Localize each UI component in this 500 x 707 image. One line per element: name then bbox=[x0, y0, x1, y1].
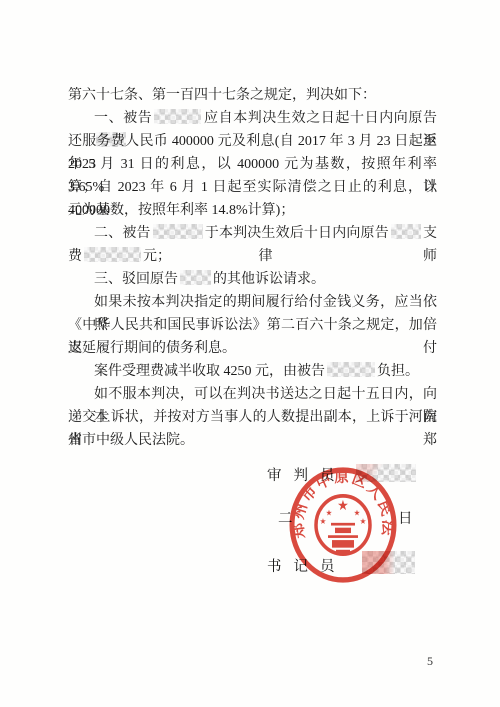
body-line: 如不服本判决，可以在判决书送达之日起十五日内，向本院 bbox=[68, 383, 437, 406]
body-text: 第六十七条、第一百四十七条之规定，判决如下： bbox=[68, 88, 376, 103]
svg-text:★: ★ bbox=[320, 517, 327, 526]
svg-text:★: ★ bbox=[326, 508, 333, 517]
redaction-mosaic bbox=[327, 362, 375, 377]
redaction-mosaic bbox=[84, 247, 141, 262]
body-text: 元； bbox=[143, 249, 171, 264]
body-line: 二、被告于本判决生效后十日内向原告支付律师 bbox=[68, 222, 437, 245]
body-text: 于本判决生效后十日内向原告 bbox=[205, 226, 389, 241]
page-number: 5 bbox=[427, 654, 433, 669]
body-line: 如果未按本判决指定的期间履行给付金钱义务，应当依照 bbox=[68, 291, 437, 314]
body-line: 算；自 2023 年 6 月 1 日起至实际清偿之日止的利息，以 400000 bbox=[68, 176, 437, 199]
body-text: 应自本判决生效之日起十日内向原告 bbox=[203, 111, 437, 126]
redaction-mosaic bbox=[391, 224, 421, 239]
document-body: 第六十七条、第一百四十七条之规定，判决如下：一、被告应自本判决生效之日起十日内向… bbox=[68, 84, 437, 452]
body-line: 三、驳回原告的其他诉讼请求。 bbox=[68, 268, 437, 291]
body-text: 案件受理费减半收取 4250 元，由被告 bbox=[94, 364, 325, 379]
judgment-page: 第六十七条、第一百四十七条之规定，判决如下：一、被告应自本判决生效之日起十日内向… bbox=[0, 0, 500, 707]
body-text: 费 bbox=[68, 249, 82, 264]
body-text: 负担。 bbox=[377, 364, 419, 379]
body-line: 年 5 月 31 日的利息，以 400000 元为基数，按照年利率 3.65%计 bbox=[68, 153, 437, 176]
body-line: 案件受理费减半收取 4250 元，由被告负担。 bbox=[68, 360, 437, 383]
redaction-mosaic bbox=[180, 270, 211, 285]
body-text: 的其他诉讼请求。 bbox=[213, 272, 325, 287]
body-line: 第六十七条、第一百四十七条之规定，判决如下： bbox=[68, 84, 437, 107]
body-line: 《中华人民共和国民事诉讼法》第二百六十条之规定，加倍支付 bbox=[68, 314, 437, 337]
body-line: 递交上诉状，并按对方当事人的人数提出副本，上诉于河南省郑 bbox=[68, 406, 437, 429]
body-line: 一、被告应自本判决生效之日起十日内向原告返 bbox=[68, 107, 437, 130]
court-seal: 郑州市中原区人民法院 ★ ★ ★ ★ ★ bbox=[279, 456, 407, 594]
body-line: 元为基数，按照年利率 14.8%计算)； bbox=[68, 199, 437, 222]
body-text: 元为基数，按照年利率 14.8%计算)； bbox=[68, 203, 294, 218]
national-emblem-icon: ★ ★ ★ ★ ★ bbox=[316, 496, 370, 554]
svg-text:★: ★ bbox=[360, 517, 367, 526]
body-text: 二、被告 bbox=[94, 226, 151, 241]
svg-text:★: ★ bbox=[337, 497, 349, 514]
body-text: 一、被告 bbox=[94, 111, 152, 126]
body-text: 三、驳回原告 bbox=[94, 272, 178, 287]
body-text: 州市中级人民法院。 bbox=[68, 433, 194, 448]
body-line: 还服务费人民币 400000 元及利息(自 2017 年 3 月 23 日起至 … bbox=[68, 130, 437, 153]
redaction-mosaic bbox=[154, 109, 201, 124]
body-text: 迟延履行期间的债务利息。 bbox=[68, 341, 236, 356]
redaction-mosaic bbox=[153, 224, 203, 239]
